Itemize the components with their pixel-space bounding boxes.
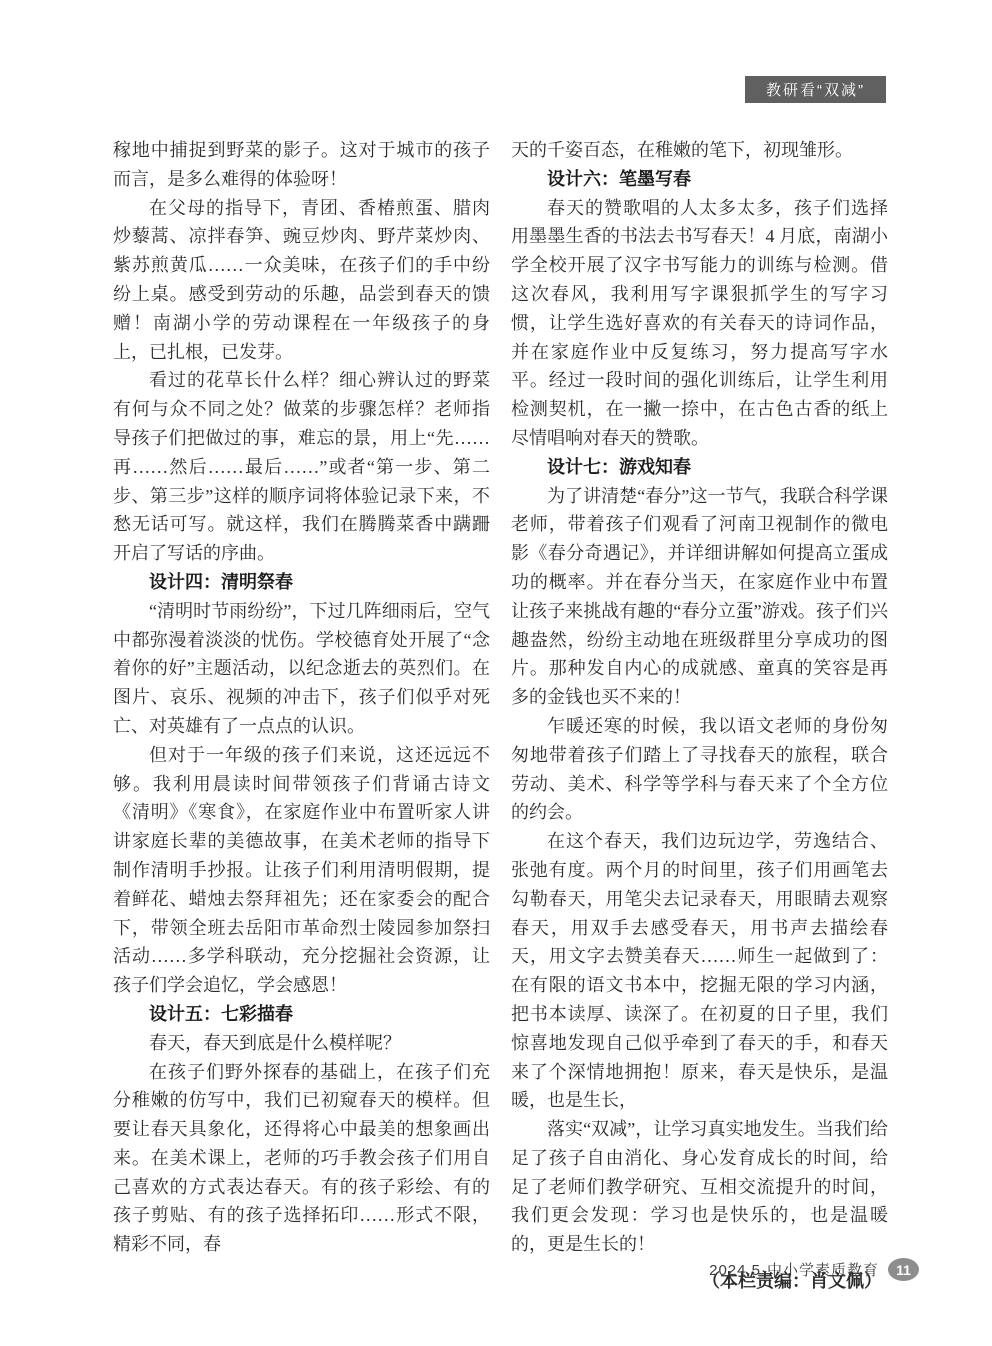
paragraph: 但对于一年级的孩子们来说，这还远远不够。我利用晨读时间带领孩子们背诵古诗文《清明… [113, 741, 490, 1000]
section-heading: 设计五：七彩描春 [113, 1000, 490, 1029]
section-heading: 设计六：笔墨写春 [511, 165, 888, 194]
journal-issue-title: 2024.5·中小学素质教育 [709, 1259, 879, 1280]
paragraph: 春天，春天到底是什么模样呢？ [113, 1029, 490, 1058]
paragraph: 在父母的指导下，青团、香椿煎蛋、腊肉炒藜蒿、凉拌春笋、豌豆炒肉、野芹菜炒肉、紫苏… [113, 194, 490, 367]
paragraph: 看过的花草长什么样？细心辨认过的野菜有何与众不同之处？做菜的步骤怎样？老师指导孩… [113, 366, 490, 568]
right-column: 天的千姿百态，在稚嫩的笔下，初现雏形。设计六：笔墨写春春天的赞歌唱的人太多太多，… [511, 136, 888, 1296]
left-column: 稼地中捕捉到野菜的影子。这对于城市的孩子而言，是多么难得的体验呀！在父母的指导下… [113, 136, 490, 1296]
page-number-badge: 11 [888, 1258, 919, 1281]
paragraph: 乍暖还寒的时候，我以语文老师的身份匆匆地带着孩子们踏上了寻找春天的旅程，联合劳动… [511, 712, 888, 827]
paragraph: 春天的赞歌唱的人太多太多，孩子们选择用墨墨生香的书法去书写春天！4 月底，南湖小… [511, 194, 888, 453]
paragraph: 在这个春天，我们边玩边学，劳逸结合、张弛有度。两个月的时间里，孩子们用画笔去勾勒… [511, 827, 888, 1115]
magazine-page: 教研看“双减” 稼地中捕捉到野菜的影子。这对于城市的孩子而言，是多么难得的体验呀… [0, 0, 992, 1346]
section-heading: 设计七：游戏知春 [511, 453, 888, 482]
paragraph: 稼地中捕捉到野菜的影子。这对于城市的孩子而言，是多么难得的体验呀！ [113, 136, 490, 194]
paragraph: 落实“双减”，让学习真实地发生。当我们给足了孩子自由消化、身心发育成长的时间，给… [511, 1115, 888, 1259]
paragraph: 为了讲清楚“春分”这一节气，我联合科学课老师，带着孩子们观看了河南卫视制作的微电… [511, 482, 888, 712]
paragraph: 在孩子们野外探春的基础上，在孩子们充分稚嫩的仿写中，我们已初窥春天的模样。但要让… [113, 1058, 490, 1260]
article-body: 稼地中捕捉到野菜的影子。这对于城市的孩子而言，是多么难得的体验呀！在父母的指导下… [113, 136, 889, 1296]
page-footer: 2024.5·中小学素质教育 11 [709, 1258, 919, 1281]
paragraph: “清明时节雨纷纷”，下过几阵细雨后，空气中都弥漫着淡淡的忧伤。学校德育处开展了“… [113, 597, 490, 741]
section-badge: 教研看“双减” [745, 76, 886, 103]
section-heading: 设计四：清明祭春 [113, 568, 490, 597]
paragraph: 天的千姿百态，在稚嫩的笔下，初现雏形。 [511, 136, 888, 165]
